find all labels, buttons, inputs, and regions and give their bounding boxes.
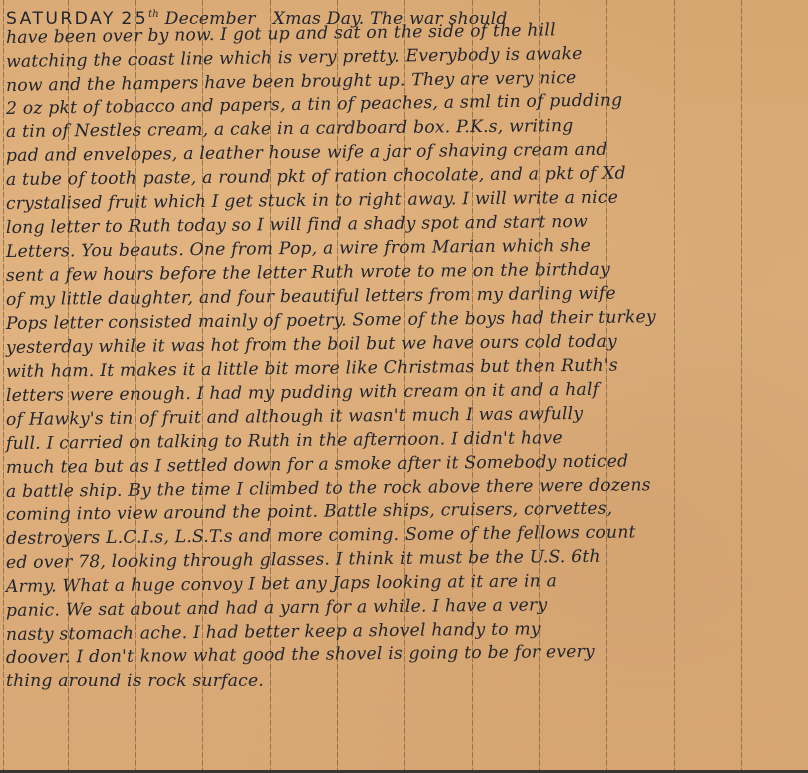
ruled-line (674, 0, 675, 770)
ruled-line (606, 0, 607, 770)
ruled-line (3, 0, 4, 770)
ruled-line (741, 0, 742, 770)
text-line: thing around is rock surface. (6, 669, 264, 693)
text-line: doover. I don't know what good the shove… (6, 640, 595, 670)
diary-page: SATURDAY 25th December Xmas Day. The war… (0, 0, 808, 770)
day-suffix: th (148, 9, 159, 20)
